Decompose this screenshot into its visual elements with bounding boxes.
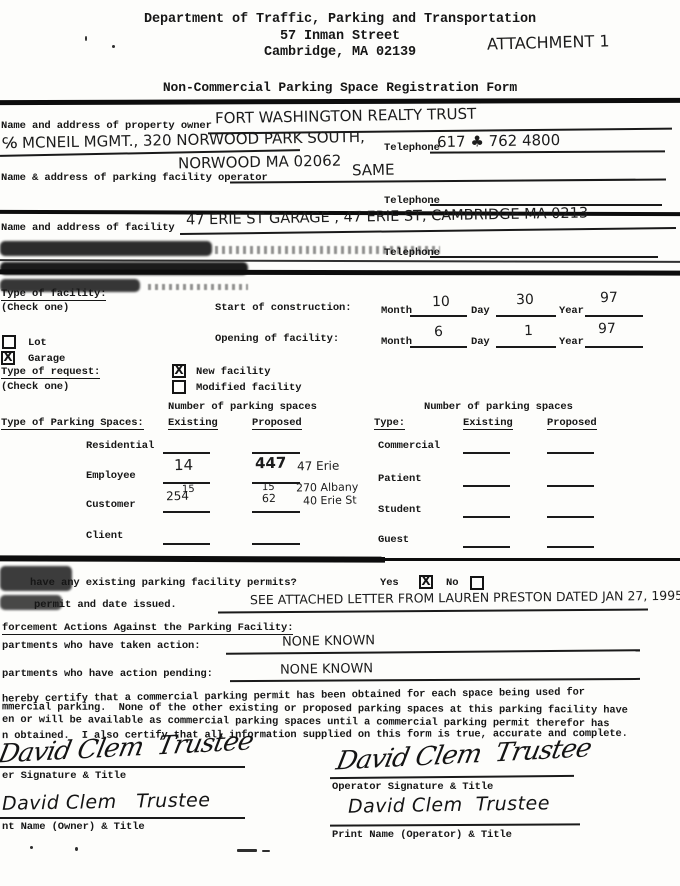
facility-underline bbox=[180, 227, 676, 235]
no-label: No bbox=[446, 577, 458, 589]
construction-year-label: Year bbox=[559, 305, 584, 317]
yes-checkbox: X bbox=[419, 575, 433, 589]
request-check-one: (Check one) bbox=[1, 381, 69, 393]
new-facility-label: New facility bbox=[196, 366, 270, 378]
facility-type-check-one: (Check one) bbox=[1, 302, 69, 314]
facility-type-heading: Type of facility: bbox=[1, 288, 106, 300]
right-group-header: Number of parking spaces bbox=[424, 401, 573, 413]
existing-header-right: Existing bbox=[463, 417, 513, 429]
scan-speck bbox=[237, 849, 257, 852]
taken-action-underline bbox=[226, 649, 640, 655]
operator-print-name: David Clem Trustee bbox=[348, 792, 550, 818]
left-group-header: Number of parking spaces bbox=[168, 401, 317, 413]
opening-year-underline bbox=[585, 346, 643, 348]
operator-signature-underline bbox=[330, 775, 574, 779]
permit-issued-label: permit and date issued. bbox=[34, 599, 177, 611]
employee-existing-entry: 14 bbox=[174, 456, 193, 474]
no-checkbox bbox=[470, 576, 484, 590]
row-label-student: Student bbox=[378, 504, 421, 516]
scan-speck bbox=[30, 846, 33, 849]
enforcement-heading: forcement Actions Against the Parking Fa… bbox=[2, 622, 293, 634]
cell-underline bbox=[252, 482, 300, 484]
opening-day-label: Day bbox=[471, 336, 490, 348]
scan-speck bbox=[75, 847, 78, 851]
scan-speck bbox=[85, 36, 87, 41]
employee-proposed-entry: 447 bbox=[255, 454, 287, 473]
employee-note-entry: 47 Erie bbox=[297, 459, 340, 474]
opening-year-entry: 97 bbox=[598, 321, 616, 337]
operator-underline bbox=[230, 178, 666, 183]
opening-month-underline bbox=[410, 346, 467, 348]
customer-existing-entry: 254 bbox=[166, 489, 189, 503]
lot-label: Lot bbox=[28, 337, 47, 349]
scan-speck bbox=[262, 850, 270, 852]
form-title: Non-Commercial Parking Space Registratio… bbox=[0, 80, 680, 95]
cell-underline bbox=[163, 511, 210, 513]
garage-checkbox: X bbox=[1, 351, 15, 365]
scan-speckle bbox=[148, 284, 248, 290]
construction-month-label: Month bbox=[381, 305, 412, 317]
interline-note-entry: 270 Albany bbox=[296, 480, 358, 494]
modified-facility-label: Modified facility bbox=[196, 382, 301, 394]
cell-underline bbox=[252, 543, 300, 545]
scan-smudge bbox=[0, 241, 212, 256]
owner-print-underline bbox=[0, 817, 245, 819]
cell-underline bbox=[547, 516, 594, 518]
cell-underline bbox=[463, 452, 510, 454]
facility-telephone-underline bbox=[430, 256, 658, 258]
operator-signature-label: Operator Signature & Title bbox=[332, 781, 493, 793]
permit-underline bbox=[218, 608, 648, 613]
row-label-customer: Customer bbox=[86, 499, 136, 511]
pending-action-entry: NONE KNOWN bbox=[280, 661, 373, 678]
permits-question: have any existing parking facility permi… bbox=[30, 577, 297, 589]
row-label-client: Client bbox=[86, 530, 123, 542]
scanned-registration-form: Department of Traffic, Parking and Trans… bbox=[0, 0, 680, 886]
row-label-patient: Patient bbox=[378, 473, 421, 485]
row-type-header: Type of Parking Spaces: bbox=[1, 417, 144, 429]
garage-label: Garage bbox=[28, 353, 65, 365]
department-title: Department of Traffic, Parking and Trans… bbox=[0, 12, 680, 27]
owner-signature-underline bbox=[0, 766, 245, 768]
owner-telephone-entry: 617 ♣ 762 4800 bbox=[437, 131, 560, 151]
proposed-header-left: Proposed bbox=[252, 417, 302, 429]
cell-underline bbox=[463, 546, 510, 548]
owner-print-name: David Clem Trustee bbox=[2, 789, 211, 815]
construction-label: Start of construction: bbox=[215, 302, 351, 314]
new-facility-checkbox: X bbox=[172, 364, 186, 378]
operator-print-label: Print Name (Operator) & Title bbox=[332, 829, 512, 841]
construction-day-label: Day bbox=[471, 305, 490, 317]
customer-proposed-entry: 62 bbox=[262, 492, 276, 505]
construction-year-underline bbox=[585, 315, 643, 317]
taken-action-entry: NONE KNOWN bbox=[282, 633, 375, 650]
lot-checkbox bbox=[2, 335, 16, 349]
taken-action-label: partments who have taken action: bbox=[2, 640, 200, 652]
construction-year-entry: 97 bbox=[600, 290, 618, 306]
construction-day-entry: 30 bbox=[516, 292, 534, 308]
cell-underline bbox=[547, 546, 594, 548]
divider-rule bbox=[0, 98, 680, 105]
opening-month-label: Month bbox=[381, 336, 412, 348]
cell-underline bbox=[463, 485, 510, 487]
pending-action-label: partments who have action pending: bbox=[2, 668, 213, 680]
opening-label: Opening of facility: bbox=[215, 333, 339, 345]
permit-issued-entry: SEE ATTACHED LETTER FROM LAUREN PRESTON … bbox=[250, 588, 680, 608]
construction-month-entry: 10 bbox=[432, 294, 450, 310]
operator-print-underline bbox=[330, 823, 580, 826]
facility-label: Name and address of facility bbox=[1, 222, 175, 234]
cell-underline bbox=[163, 452, 210, 454]
divider-rule-thick bbox=[0, 555, 385, 562]
customer-note-entry: 40 Erie St bbox=[303, 494, 357, 508]
pending-action-underline bbox=[230, 678, 640, 682]
cell-underline bbox=[547, 452, 594, 454]
type-header-right: Type: bbox=[374, 417, 405, 429]
construction-day-underline bbox=[496, 315, 556, 317]
facility-entry: 47 ERIE ST GARAGE , 47 ERIE ST, CAMBRIDG… bbox=[186, 205, 588, 228]
cell-underline bbox=[163, 543, 210, 545]
proposed-header-right: Proposed bbox=[547, 417, 597, 429]
row-label-employee: Employee bbox=[86, 470, 136, 482]
opening-month-entry: 6 bbox=[434, 324, 443, 340]
operator-entry: SAME bbox=[352, 161, 395, 180]
cell-underline bbox=[252, 511, 300, 513]
yes-label: Yes bbox=[380, 577, 399, 589]
owner-signature-label: er Signature & Title bbox=[2, 770, 126, 782]
request-type-heading: Type of request: bbox=[1, 366, 100, 378]
owner-name-entry: FORT WASHINGTON REALTY TRUST bbox=[215, 105, 477, 128]
construction-month-underline bbox=[410, 315, 467, 317]
owner-telephone-underline bbox=[430, 150, 665, 153]
row-label-residential: Residential bbox=[86, 440, 154, 452]
owner-print-label: nt Name (Owner) & Title bbox=[2, 821, 145, 833]
opening-day-underline bbox=[496, 346, 556, 348]
row-label-guest: Guest bbox=[378, 534, 409, 546]
operator-label: Name & address of parking facility opera… bbox=[1, 172, 268, 184]
existing-header-left: Existing bbox=[168, 417, 218, 429]
row-label-commercial: Commercial bbox=[378, 440, 440, 452]
cell-underline bbox=[463, 516, 510, 518]
opening-day-entry: 1 bbox=[524, 323, 533, 339]
owner-address-line3-entry: NORWOOD MA 02062 bbox=[178, 152, 342, 173]
attachment-annotation: ATTACHMENT 1 bbox=[487, 31, 610, 53]
modified-facility-checkbox bbox=[172, 380, 186, 394]
cell-underline bbox=[547, 485, 594, 487]
scan-speck bbox=[112, 45, 115, 48]
opening-year-label: Year bbox=[559, 336, 584, 348]
